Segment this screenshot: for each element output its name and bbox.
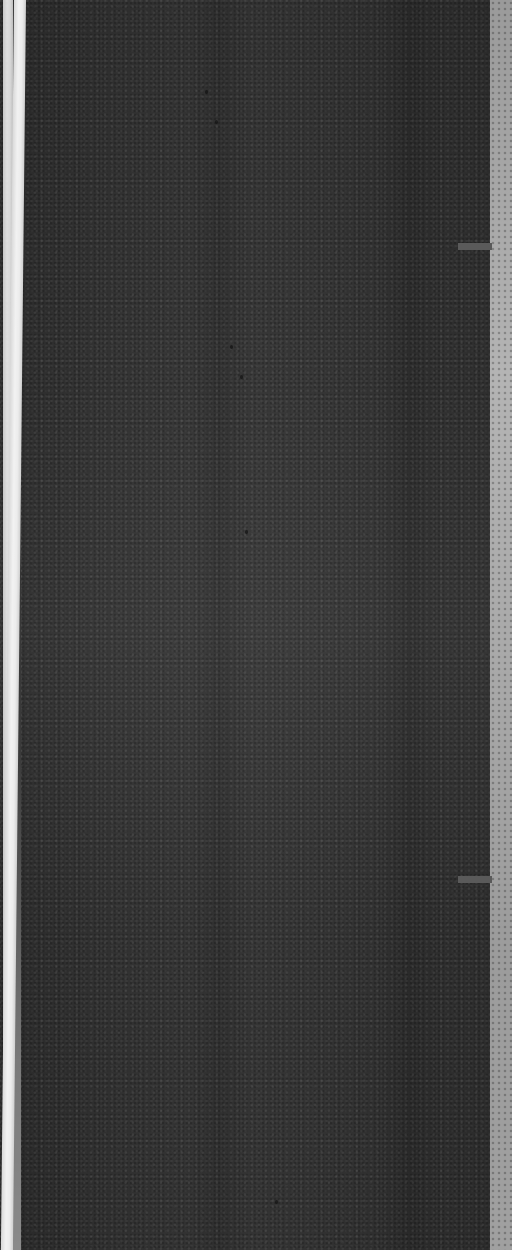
surface-defect [275, 1200, 278, 1204]
lighting-gradient [0, 0, 512, 1250]
surface-defect [215, 120, 218, 124]
line-joint [458, 243, 492, 250]
road-surface-image [0, 0, 512, 1250]
surface-defect [230, 345, 233, 349]
surface-defect [205, 90, 208, 94]
line-joint [458, 876, 492, 883]
surface-defect [240, 375, 243, 379]
surface-defect [245, 530, 248, 534]
concrete-shoulder [490, 0, 512, 1250]
